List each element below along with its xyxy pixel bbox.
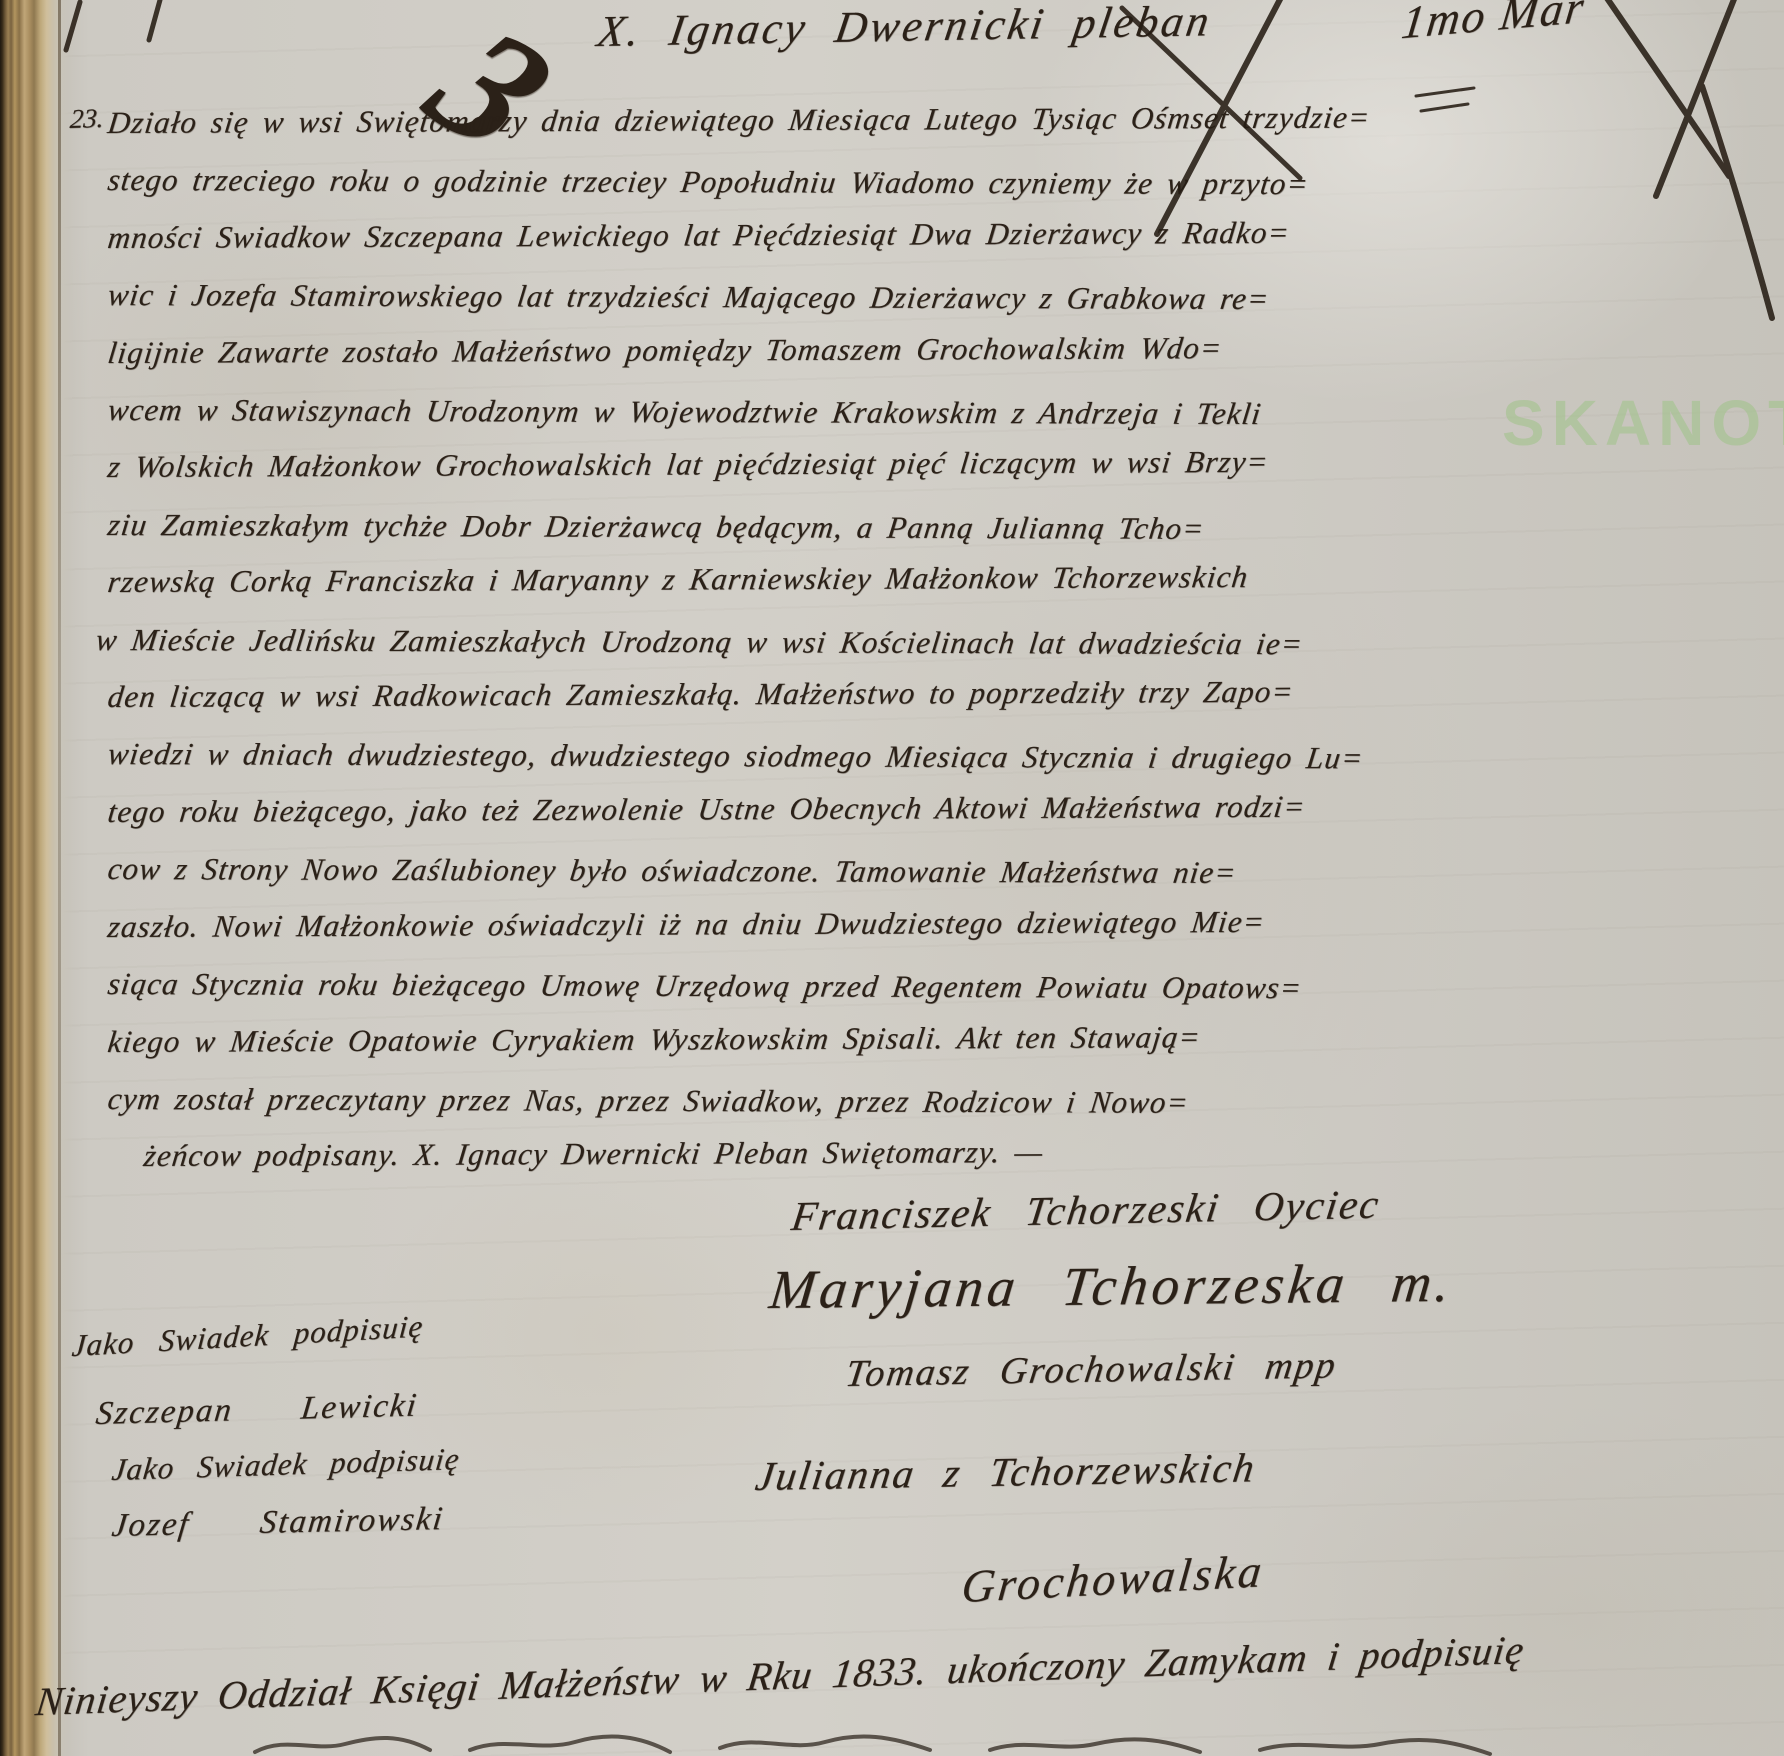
witness-signature-name-2: Jozef Stamirowski bbox=[110, 1501, 446, 1545]
body-line: zaszło. Nowi Małżonkowie oświadczyli iż … bbox=[105, 890, 1769, 955]
pen-trial-mark bbox=[149, 0, 160, 40]
signature-bride: Julianna z Tchorzewskich bbox=[753, 1443, 1260, 1500]
priest-header-inscription: X. Ignacy Dwernicki pleban bbox=[594, 0, 1216, 57]
body-line: ligijnie Zawarte zostało Małżeństwo pomi… bbox=[105, 316, 1769, 381]
body-line: mności Swiadkow Szczepana Lewickiego lat… bbox=[105, 202, 1769, 267]
header-date-annotation: 1mo Mar bbox=[1399, 0, 1589, 49]
body-line: Działo się w wsi Swiętomarzy dnia dziewi… bbox=[105, 87, 1769, 152]
body-line: den liczącą w wsi Radkowicach Zamieszkał… bbox=[105, 661, 1769, 726]
book-binding-edge bbox=[0, 0, 74, 1756]
body-line: kiego w Mieście Opatowie Cyryakiem Wyszk… bbox=[105, 1005, 1769, 1070]
signature-groom: Tomasz Grochowalski mpp bbox=[843, 1343, 1340, 1396]
binding-crease bbox=[58, 0, 61, 1756]
body-line: z Wolskich Małżonkow Grochowalskich lat … bbox=[105, 431, 1769, 496]
signature-father: Franciszek Tchorzeski Oyciec bbox=[789, 1180, 1384, 1240]
witness-signature-name-1: Szczepan Lewicki bbox=[94, 1388, 420, 1434]
margin-record-number: 23. bbox=[69, 103, 105, 135]
body-line: żeńcow podpisany. X. Ignacy Dwernicki Pl… bbox=[141, 1120, 1769, 1184]
witness-signature-label-2: Jako Swiadek podpisuię bbox=[110, 1441, 462, 1488]
body-line: tego roku bieżącego, jako też Zezwolenie… bbox=[105, 776, 1769, 841]
record-body-text: Działo się w wsi Swiętomarzy dnia dziewi… bbox=[108, 94, 1764, 1185]
scanned-registry-page: SKANOTE X. Ignacy Dwernicki pleban 1mo M… bbox=[0, 0, 1784, 1756]
signature-mother: Maryjana Tchorzeska m. bbox=[766, 1251, 1456, 1321]
body-line: rzewską Corką Franciszka i Maryanny z Ka… bbox=[105, 546, 1769, 611]
partial-line-fragment bbox=[255, 1736, 1490, 1754]
witness-signature-label-1: Jako Swiadek podpisuię bbox=[70, 1308, 424, 1364]
signature-bride-surname: Grochowalska bbox=[959, 1544, 1267, 1613]
registry-closing-line: Ninieyszy Oddział Księgi Małżeństw w Rku… bbox=[33, 1626, 1527, 1725]
